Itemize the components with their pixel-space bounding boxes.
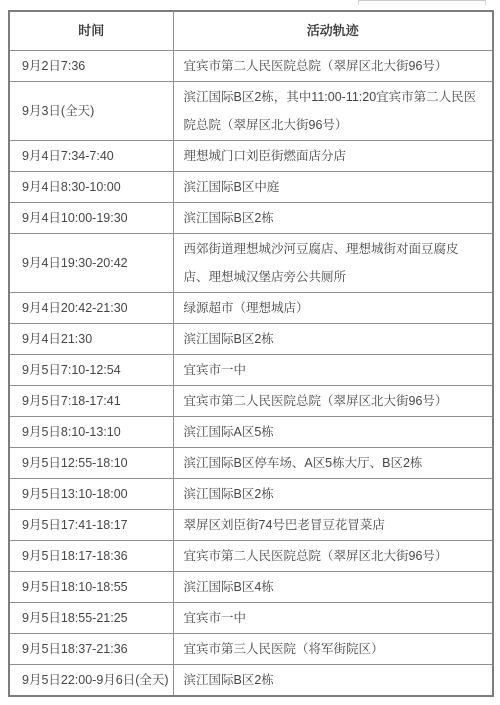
activity-cell: 滨江国际B区4栋 [173,572,493,603]
table-row: 9月5日13:10-18:00 滨江国际B区2栋 [9,479,493,510]
time-cell: 9月4日20:42-21:30 [9,293,173,324]
time-cell: 9月5日12:55-18:10 [9,448,173,479]
activity-cell: 理想城门口刘臣街燃面店分店 [173,141,493,172]
time-cell: 9月4日10:00-19:30 [9,203,173,234]
table-row: 9月4日7:34-7:40 理想城门口刘臣街燃面店分店 [9,141,493,172]
activity-cell: 宜宾市一中 [173,603,493,634]
table-row: 9月4日10:00-19:30 滨江国际B区2栋 [9,203,493,234]
time-cell: 9月4日21:30 [9,324,173,355]
time-cell: 9月2日7:36 [9,51,173,82]
table-row: 9月4日20:42-21:30 绿源超市（理想城店） [9,293,493,324]
time-cell: 9月4日19:30-20:42 [9,234,173,293]
table-header-row: 时间 活动轨迹 [9,11,493,51]
activity-cell: 滨江国际B区2栋 [173,479,493,510]
time-cell: 9月5日18:37-21:36 [9,634,173,665]
table-row: 9月2日7:36 宜宾市第二人民医院总院（翠屏区北大街96号） [9,51,493,82]
table-row: 9月5日12:55-18:10 滨江国际B区停车场、A区5栋大厅、B区2栋 [9,448,493,479]
table-row: 9月3日(全天) 滨江国际B区2栋，其中11:00-11:20宜宾市第二人民医院… [9,82,493,141]
activity-cell: 滨江国际B区2栋 [173,203,493,234]
activity-cell: 滨江国际B区2栋 [173,324,493,355]
time-cell: 9月5日7:10-12:54 [9,355,173,386]
table-row: 9月5日18:10-18:55 滨江国际B区4栋 [9,572,493,603]
table-row: 9月5日8:10-13:10 滨江国际A区5栋 [9,417,493,448]
activity-cell: 宜宾市一中 [173,355,493,386]
activity-cell: 宜宾市第二人民医院总院（翠屏区北大街96号） [173,386,493,417]
activity-cell: 宜宾市第二人民医院总院（翠屏区北大街96号） [173,541,493,572]
time-cell: 9月3日(全天) [9,82,173,141]
activity-cell: 西郊街道理想城沙河豆腐店、理想城街对面豆腐皮店、理想城汉堡店旁公共厕所 [173,234,493,293]
activity-trace-table: 时间 活动轨迹 9月2日7:36 宜宾市第二人民医院总院（翠屏区北大街96号） … [8,10,494,697]
table-row: 9月5日17:41-18:17 翠屏区刘臣街74号巴老冒豆花冒菜店 [9,510,493,541]
table-body: 9月2日7:36 宜宾市第二人民医院总院（翠屏区北大街96号） 9月3日(全天)… [9,51,493,697]
clipped-element-fragment [358,0,486,5]
table-row: 9月5日18:55-21:25 宜宾市一中 [9,603,493,634]
time-cell: 9月5日7:18-17:41 [9,386,173,417]
table-row: 9月5日22:00-9月6日(全天) 滨江国际B区2栋 [9,665,493,697]
table-row: 9月4日8:30-10:00 滨江国际B区中庭 [9,172,493,203]
time-cell: 9月5日22:00-9月6日(全天) [9,665,173,697]
activity-cell: 滨江国际B区2栋 [173,665,493,697]
activity-cell: 宜宾市第三人民医院（将军街院区） [173,634,493,665]
time-cell: 9月5日18:17-18:36 [9,541,173,572]
time-cell: 9月5日18:55-21:25 [9,603,173,634]
table-row: 9月4日19:30-20:42 西郊街道理想城沙河豆腐店、理想城街对面豆腐皮店、… [9,234,493,293]
table-row: 9月5日7:18-17:41 宜宾市第二人民医院总院（翠屏区北大街96号） [9,386,493,417]
table-row: 9月4日21:30 滨江国际B区2栋 [9,324,493,355]
table-row: 9月5日18:37-21:36 宜宾市第三人民医院（将军街院区） [9,634,493,665]
activity-cell: 翠屏区刘臣街74号巴老冒豆花冒菜店 [173,510,493,541]
activity-column-header: 活动轨迹 [173,11,493,51]
activity-cell: 绿源超市（理想城店） [173,293,493,324]
activity-cell: 滨江国际B区中庭 [173,172,493,203]
time-column-header: 时间 [9,11,173,51]
activity-cell: 宜宾市第二人民医院总院（翠屏区北大街96号） [173,51,493,82]
activity-cell: 滨江国际B区2栋，其中11:00-11:20宜宾市第二人民医院总院（翠屏区北大街… [173,82,493,141]
time-cell: 9月5日17:41-18:17 [9,510,173,541]
activity-cell: 滨江国际A区5栋 [173,417,493,448]
time-cell: 9月4日8:30-10:00 [9,172,173,203]
table-row: 9月5日18:17-18:36 宜宾市第二人民医院总院（翠屏区北大街96号） [9,541,493,572]
time-cell: 9月5日18:10-18:55 [9,572,173,603]
time-cell: 9月5日13:10-18:00 [9,479,173,510]
table-row: 9月5日7:10-12:54 宜宾市一中 [9,355,493,386]
time-cell: 9月5日8:10-13:10 [9,417,173,448]
page: 时间 活动轨迹 9月2日7:36 宜宾市第二人民医院总院（翠屏区北大街96号） … [0,0,500,705]
activity-cell: 滨江国际B区停车场、A区5栋大厅、B区2栋 [173,448,493,479]
time-cell: 9月4日7:34-7:40 [9,141,173,172]
